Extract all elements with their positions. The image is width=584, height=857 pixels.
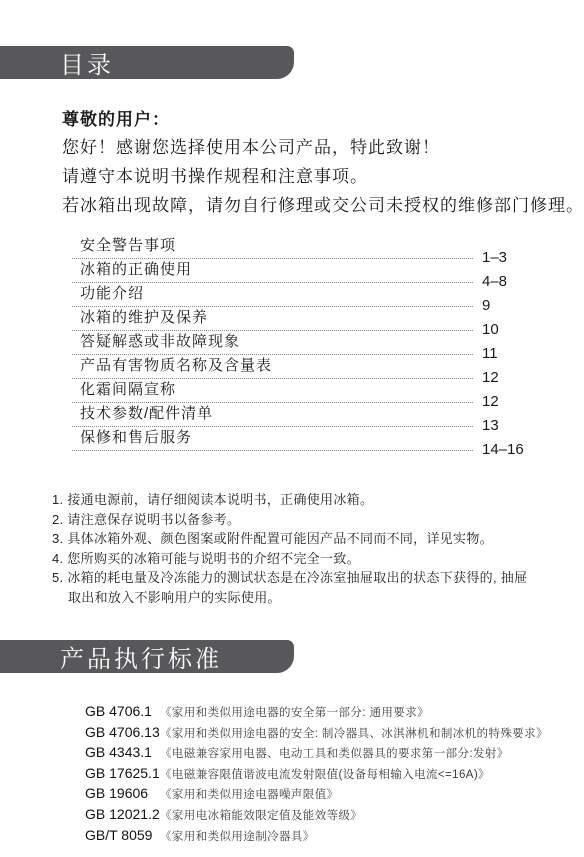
toc-row: 化霜间隔宣称 12 bbox=[72, 379, 534, 403]
toc-page-number: 4–8 bbox=[482, 273, 534, 290]
toc-item-label: 技术参数/配件清单 bbox=[72, 402, 473, 427]
toc-item-label: 冰箱的维护及保养 bbox=[72, 306, 473, 331]
greeting-line: 请遵守本说明书操作规程和注意事项。 bbox=[62, 162, 584, 191]
toc-row: 冰箱的正确使用 4–8 bbox=[72, 259, 534, 283]
standard-row: GB 12021.2 《家用电冰箱能效限定值及能效等级》 bbox=[85, 806, 555, 827]
toc-row: 技术参数/配件清单 13 bbox=[72, 403, 534, 427]
standards-list: GB 4706.1 《家用和类似用途电器的安全第一部分: 通用要求》 GB 47… bbox=[85, 703, 555, 847]
toc-row: 答疑解惑或非故障现象 11 bbox=[72, 331, 534, 355]
notes-list: 1. 接通电源前，请仔细阅读本说明书，正确使用冰箱。 2. 请注意保存说明书以备… bbox=[52, 490, 530, 607]
standard-code: GB 17625.1 bbox=[85, 765, 160, 781]
toc-header-title: 目录 bbox=[60, 45, 114, 80]
standard-row: GB 4706.13 《家用和类似用途电器的安全: 制冷器具、冰淇淋机和制冰机的… bbox=[85, 724, 555, 745]
greeting-line: 若冰箱出现故障，请勿自行修理或交公司未授权的维修部门修理。 bbox=[62, 191, 584, 220]
toc-row: 产品有害物质名称及含量表 12 bbox=[72, 355, 534, 379]
greeting-salutation: 尊敬的用户： bbox=[62, 107, 584, 133]
toc-page-number: 10 bbox=[482, 321, 534, 338]
toc-item-label: 功能介绍 bbox=[72, 282, 473, 307]
note-item: 3. 具体冰箱外观、颜色图案或附件配置可能因产品不同而不同，详见实物。 bbox=[52, 529, 530, 549]
toc-page-number: 9 bbox=[482, 297, 534, 314]
note-item: 4. 您所购买的冰箱可能与说明书的介绍不完全一致。 bbox=[52, 549, 530, 569]
toc-item-label: 安全警告事项 bbox=[72, 234, 473, 259]
standard-title: 《家用和类似用途电器的安全第一部分: 通用要求》 bbox=[160, 704, 429, 720]
section-header-toc: 目录 bbox=[0, 46, 294, 79]
standard-code: GB 19606 bbox=[85, 785, 160, 801]
toc-row: 功能介绍 9 bbox=[72, 283, 534, 307]
note-item: 5. 冰箱的耗电量及冷冻能力的测试状态是在冷冻室抽屉取出的状态下获得的, 抽屉取… bbox=[52, 568, 530, 607]
standard-code: GB 4343.1 bbox=[85, 744, 160, 760]
toc-item-label: 保修和售后服务 bbox=[72, 426, 473, 451]
standard-code: GB 12021.2 bbox=[85, 806, 160, 822]
greeting-line: 您好！感谢您选择使用本公司产品，特此致谢！ bbox=[62, 133, 584, 162]
standard-title: 《电磁兼容限值谐波电流发射限值(设备每相输入电流<=16A)》 bbox=[160, 766, 490, 782]
standard-code: GB 4706.13 bbox=[85, 724, 160, 740]
standards-header-title: 产品执行标准 bbox=[60, 639, 222, 674]
standard-row: GB 19606 《家用和类似用途电器噪声限值》 bbox=[85, 785, 555, 806]
standard-row: GB/T 8059 《家用和类似用途制冷器具》 bbox=[85, 827, 555, 848]
note-item: 1. 接通电源前，请仔细阅读本说明书，正确使用冰箱。 bbox=[52, 490, 530, 510]
standard-title: 《家用和类似用途电器的安全: 制冷器具、冰淇淋机和制冰机的特殊要求》 bbox=[160, 725, 548, 741]
toc-item-label: 产品有害物质名称及含量表 bbox=[72, 354, 473, 379]
standard-row: GB 4343.1 《电磁兼容家用电器、电动工具和类似器具的要求第一部分:发射》 bbox=[85, 744, 555, 765]
toc-item-label: 答疑解惑或非故障现象 bbox=[72, 330, 473, 355]
toc-row: 冰箱的维护及保养 10 bbox=[72, 307, 534, 331]
toc-item-label: 冰箱的正确使用 bbox=[72, 258, 473, 283]
greeting-lines: 您好！感谢您选择使用本公司产品，特此致谢！ 请遵守本说明书操作规程和注意事项。 … bbox=[62, 133, 584, 220]
greeting: 尊敬的用户： 您好！感谢您选择使用本公司产品，特此致谢！ 请遵守本说明书操作规程… bbox=[62, 107, 584, 220]
toc-page-number: 1–3 bbox=[482, 249, 534, 266]
toc-page-number: 13 bbox=[482, 417, 534, 434]
section-header-standards: 产品执行标准 bbox=[0, 640, 294, 673]
toc-page-number: 12 bbox=[482, 393, 534, 410]
toc-row: 安全警告事项 1–3 bbox=[72, 235, 534, 259]
toc-page-number: 11 bbox=[482, 345, 534, 362]
standard-code: GB/T 8059 bbox=[85, 827, 160, 843]
toc-page-number: 14–16 bbox=[482, 441, 534, 458]
standard-row: GB 4706.1 《家用和类似用途电器的安全第一部分: 通用要求》 bbox=[85, 703, 555, 724]
toc-list: 安全警告事项 1–3 冰箱的正确使用 4–8 功能介绍 9 冰箱的维护及保养 1… bbox=[72, 235, 534, 451]
toc-page-number: 12 bbox=[482, 369, 534, 386]
note-item: 2. 请注意保存说明书以备参考。 bbox=[52, 510, 530, 530]
standard-title: 《家用和类似用途制冷器具》 bbox=[160, 828, 315, 844]
toc-item-label: 化霜间隔宣称 bbox=[72, 378, 473, 403]
standard-title: 《家用电冰箱能效限定值及能效等级》 bbox=[160, 807, 362, 823]
toc-row: 保修和售后服务 14–16 bbox=[72, 427, 534, 451]
standard-code: GB 4706.1 bbox=[85, 703, 160, 719]
standard-title: 《家用和类似用途电器噪声限值》 bbox=[160, 786, 339, 802]
standard-row: GB 17625.1 《电磁兼容限值谐波电流发射限值(设备每相输入电流<=16A… bbox=[85, 765, 555, 786]
standard-title: 《电磁兼容家用电器、电动工具和类似器具的要求第一部分:发射》 bbox=[160, 745, 509, 761]
